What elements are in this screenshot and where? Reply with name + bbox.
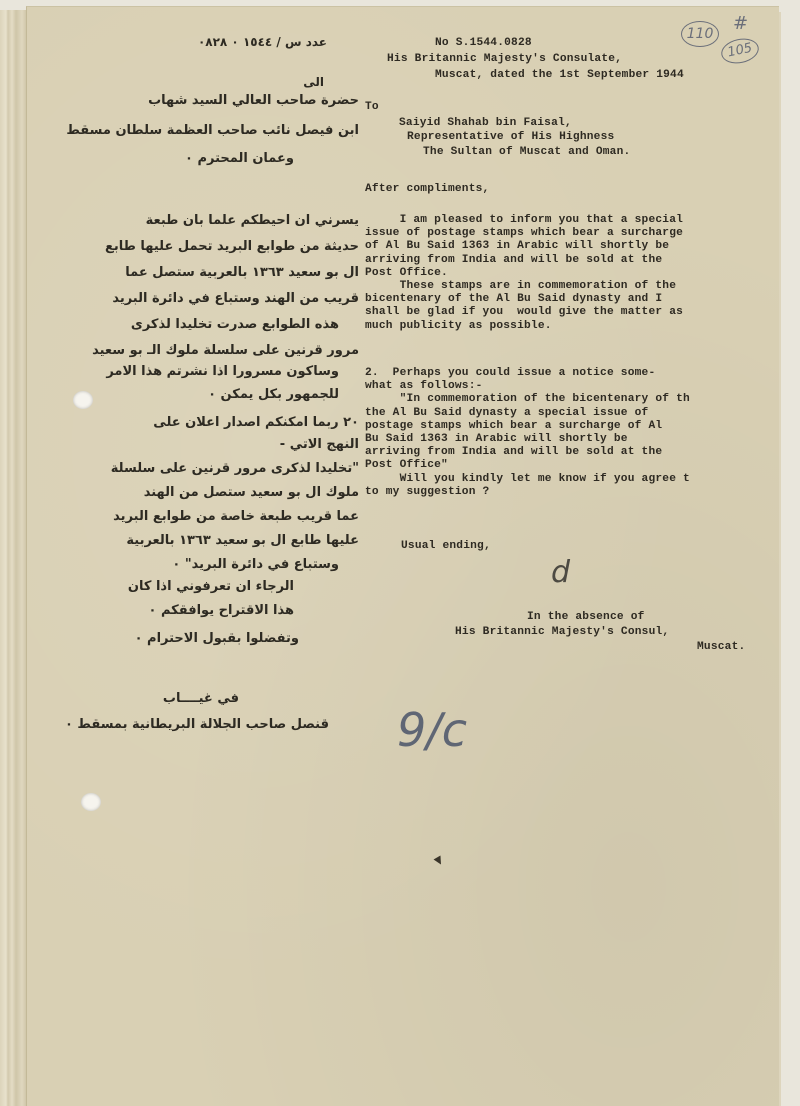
closing: Usual ending, [401,540,491,553]
pencil-initials: 9/c [397,703,467,757]
body-line: Post Office" [365,459,690,472]
arabic-body-line: وساكون مسرورا اذا نشرتم هذا الامر [106,364,339,379]
arabic-body-line: للجمهور بكل يمكن ٠ [208,387,339,402]
arabic-signature-line: قنصل صاحب الجلالة البريطانية بمسقط ٠ [65,717,329,732]
sender-office: His Britannic Majesty's Consulate, [387,53,622,66]
body-line: Will you kindly let me know if you agree… [365,473,690,486]
letter-page: No S.1544.0828 His Britannic Majesty's C… [26,6,779,1106]
arabic-body-line: مرور قرنين على سلسلة ملوك الـ بو سعيد [92,343,359,358]
punch-hole-bottom [81,793,101,811]
body-line: These stamps are in commemoration of the [365,280,683,293]
body-line: arriving from India and will be sold at … [365,446,690,459]
arabic-body-line: يسرني ان احيطكم علما بان طبعة [146,213,359,228]
body-line: issue of postage stamps which bear a sur… [365,227,683,240]
arabic-closing: وتفضلوا بقبول الاحترام ٠ [135,631,299,646]
arabic-para2-line: عما قريب طبعة خاصة من طوابع البريد [113,509,359,524]
body-line: Bu Said 1363 in Arabic will shortly be [365,433,690,446]
body-paragraph-2: 2. Perhaps you could issue a notice some… [365,367,690,499]
arabic-body-line: ال بو سعيد ١٣٦٣ بالعربية ستصل عما [125,265,359,280]
arabic-address-line: وعمان المحترم ٠ [185,151,294,166]
arabic-body-line: حديثة من طوابع البريد تحمل عليها طابع [105,239,359,254]
arabic-para2-line: النهج الاتي - [280,437,359,452]
salutation: After compliments, [365,183,489,196]
reference-number: No S.1544.0828 [435,37,532,50]
arabic-para2-line: ٢٠ ربما امكنكم اصدار اعلان على [153,415,359,430]
arabic-para2-line: ملوك ال بو سعيد ستصل من الهند [144,485,359,500]
arabic-para2-line: وستباع في دائرة البريد" ٠ [172,557,339,572]
arabic-address-line: حضرة صاحب العالي السيد شهاب [148,93,359,108]
body-line: "In commemoration of the bicentenary of … [365,393,690,406]
arabic-body-line: قريب من الهند وستباع في دائرة البريد [112,291,359,306]
addressee-line-2: Representative of His Highness [407,131,614,144]
body-line: of Al Bu Said 1363 in Arabic will shortl… [365,240,683,253]
signature-line-2: His Britannic Majesty's Consul, [455,626,669,639]
arabic-to: الى [303,75,324,89]
arabic-reference: عدد س / ١٥٤٤ ٠ ٠٨٢٨ [27,35,327,49]
body-line: shall be glad if you would give the matt… [365,306,683,319]
body-line: to my suggestion ? [365,486,690,499]
signature-line-3: Muscat. [697,641,745,654]
body-paragraph-1: I am pleased to inform you that a specia… [365,214,683,333]
arabic-request-line: هذا الاقتراح يوافقكم ٠ [149,603,294,618]
folio-number-secondary: 105 [719,35,761,66]
signature-initial: d [551,555,570,590]
addressee-line-3: The Sultan of Muscat and Oman. [423,146,630,159]
folio-number-circled: 110 [681,21,719,47]
body-line: postage stamps which bear a surcharge of… [365,420,690,433]
body-line: I am pleased to inform you that a specia… [365,214,683,227]
body-line: 2. Perhaps you could issue a notice some… [365,367,690,380]
arabic-signature-line: في غيــــاب [163,691,239,706]
arabic-body-line: هذه الطوابع صدرت تخليدا لذكرى [131,317,339,332]
addressee-line-1: Saiyid Shahab bin Faisal, [399,117,572,130]
arabic-para2-line: "تخليدا لذكرى مرور قرنين على سلسلة [111,461,359,476]
signature-line-1: In the absence of [527,611,645,624]
body-line: Post Office. [365,267,683,280]
arabic-request-line: الرجاء ان تعرفوني اذا كان [128,579,294,594]
body-line: arriving from India and will be sold at … [365,254,683,267]
folio-hash-mark: # [733,13,748,34]
to-label: To [365,101,379,114]
body-line: bicentenary of the Al Bu Said dynasty an… [365,293,683,306]
punch-hole-top [73,391,93,409]
arabic-address-line: ابن فيصل نائب صاحب العظمة سلطان مسقط [66,123,359,138]
ink-mark [434,856,445,867]
arabic-para2-line: عليها طابع ال بو سعيد ١٣٦٣ بالعربية [126,533,359,548]
place-date: Muscat, dated the 1st September 1944 [435,69,684,82]
body-line: much publicity as possible. [365,320,683,333]
body-line: the Al Bu Said dynasty a special issue o… [365,407,690,420]
body-line: what as follows:- [365,380,690,393]
